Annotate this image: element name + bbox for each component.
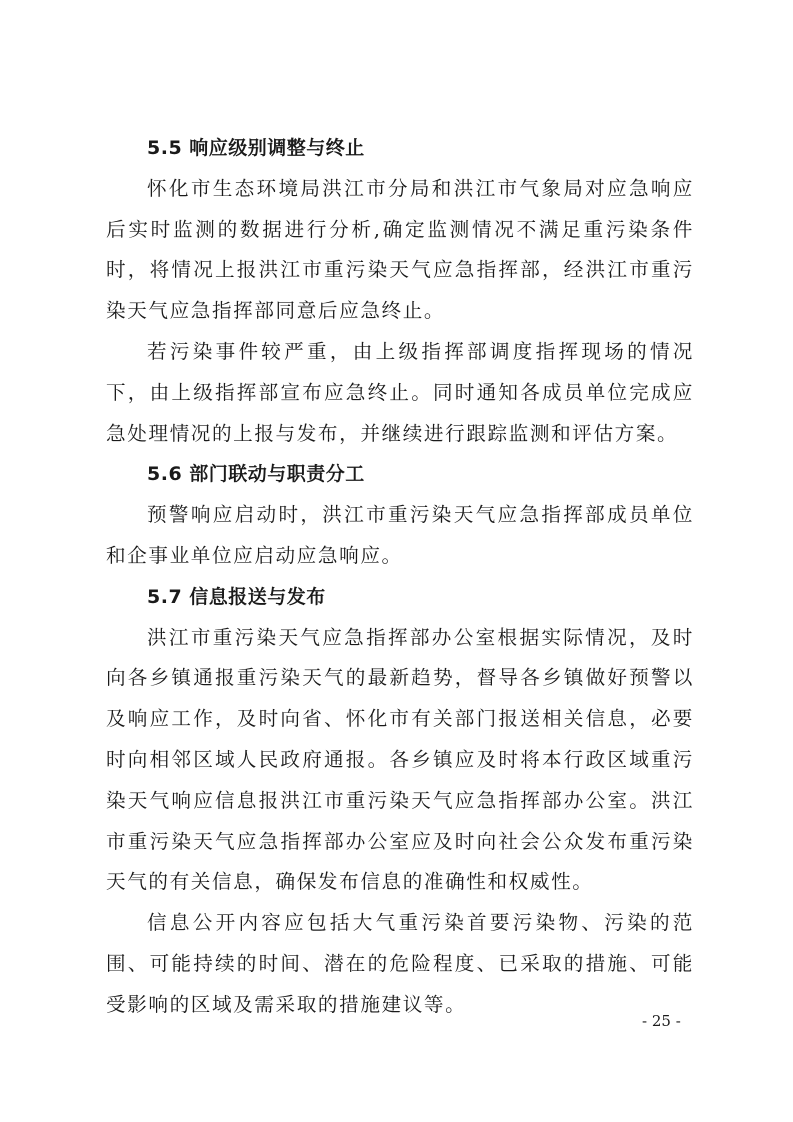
section-heading: 5.7 信息报送与发布 <box>106 577 694 618</box>
paragraph: 信息公开内容应包括大气重污染首要污染物、污染的范围、可能持续的时间、潜在的危险程… <box>106 903 694 1025</box>
paragraph: 洪江市重污染天气应急指挥部办公室根据实际情况，及时向各乡镇通报重污染天气的最新趋… <box>106 618 694 904</box>
document-page: 5.5 响应级别调整与终止 怀化市生态环境局洪江市分局和洪江市气象局对应急响应后… <box>106 128 694 1026</box>
section-heading: 5.5 响应级别调整与终止 <box>106 128 694 169</box>
section-heading: 5.6 部门联动与职责分工 <box>106 454 694 495</box>
section-5-5: 5.5 响应级别调整与终止 怀化市生态环境局洪江市分局和洪江市气象局对应急响应后… <box>106 128 694 454</box>
page-number: - 25 - <box>642 1012 681 1030</box>
section-5-6: 5.6 部门联动与职责分工 预警响应启动时，洪江市重污染天气应急指挥部成员单位和… <box>106 454 694 576</box>
section-5-7: 5.7 信息报送与发布 洪江市重污染天气应急指挥部办公室根据实际情况，及时向各乡… <box>106 577 694 1026</box>
paragraph: 怀化市生态环境局洪江市分局和洪江市气象局对应急响应后实时监测的数据进行分析,确定… <box>106 169 694 332</box>
paragraph: 若污染事件较严重，由上级指挥部调度指挥现场的情况下，由上级指挥部宣布应急终止。同… <box>106 332 694 454</box>
paragraph: 预警响应启动时，洪江市重污染天气应急指挥部成员单位和企事业单位应启动应急响应。 <box>106 495 694 577</box>
